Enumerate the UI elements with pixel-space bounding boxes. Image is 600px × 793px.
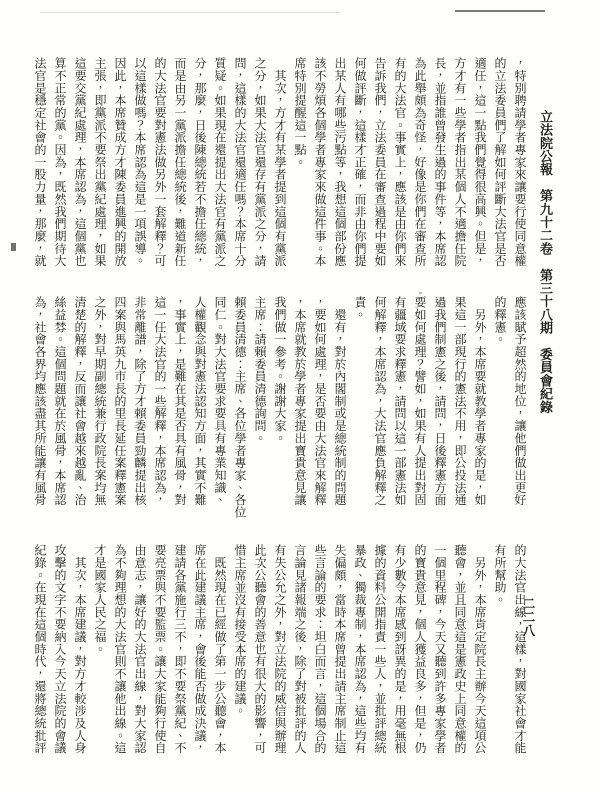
text-column: 告訴我們，立法委員在審查過程中要如 xyxy=(370,57,390,273)
text-column: 何做評斷，這樣才正確，而非由你們提 xyxy=(350,57,370,273)
running-header: 立法院公報 第九十二卷 第三十八期 委員會紀錄 xyxy=(535,110,554,402)
text-column: 的寶貴意見，個人獲益良多，但是，仍 xyxy=(410,544,430,760)
text-column: 問，這樣的大法官還適任嗎？本席十分 xyxy=(230,57,250,273)
text-column: 才是國家人民之福。 xyxy=(90,544,110,760)
text-column: 非常離譜，除了方才賴委員勁麟提出核 xyxy=(130,296,150,512)
text-column: 清楚的解釋，反而讓社會越來越亂、治 xyxy=(70,296,90,512)
text-column: 的大法官要對憲法做另外一套解釋？可 xyxy=(150,57,170,273)
text-column: 適任，這一點我們覺得很高興。但是， xyxy=(470,57,490,273)
text-column: 主席：請賴委員清德詢問。 xyxy=(250,296,270,512)
scan-artifact-line xyxy=(40,12,340,13)
text-column: 其次，方才有某學者提到這個有黨派 xyxy=(270,57,290,273)
text-column: 還有，對於內閣制或是總統制的問題 xyxy=(330,296,350,512)
scan-artifact-speck xyxy=(11,243,16,251)
text-column: 而是由另一黨派擔任總統後，難道新任 xyxy=(170,57,190,273)
text-column: 有少數令本席感到訝異的是，用毫無根 xyxy=(390,544,410,760)
text-column: 言論見諸報端之後，除了對被批評的人 xyxy=(290,544,310,760)
text-column: 這一任大法官的一些解釋，本席認為， xyxy=(150,296,170,512)
text-column: ，特別聘請學者專家來讓要行使同意權 xyxy=(510,57,530,273)
text-column: 的立法委員們了解如何評斷大法官是否 xyxy=(490,57,510,273)
text-column: 法官是穩定社會的一股力量，那麼，就 xyxy=(30,57,50,273)
text-column: 賴委員清德：主席、各位學者專家、各位 xyxy=(230,296,250,512)
text-column: 暴政、獨裁專制，本席認為，這些均有 xyxy=(350,544,370,760)
text-column: 應該賦予超然的地位，讓他們做出更好 xyxy=(510,296,530,512)
text-column: ，本席就教於學者專家提出寶貴意見讓 xyxy=(290,296,310,512)
text-column: 果這一部現行的憲法不用，即公投法通 xyxy=(450,296,470,512)
text-column: ，事實上，是難在其是否具有風骨，對 xyxy=(170,296,190,512)
scan-artifact-line xyxy=(455,10,545,12)
text-column: 同仁。對大法官要求要具有專業知識、 xyxy=(210,296,230,512)
text-column: ，要如何處理，是否要由大法官來解釋 xyxy=(310,296,330,512)
text-band-3: 的大法官出線，這樣，對國家社會才能有所幫助。 另外，本席肯定院長主辦今天這項公聽… xyxy=(28,544,530,766)
text-column: 人權觀念與對憲法認知方面，其實不難 xyxy=(190,296,210,512)
text-column: 既然現在已經做了第一步公聽會，本 xyxy=(210,544,230,760)
text-column: 為，社會各界均應該盡其所能讓有風骨 xyxy=(30,296,50,512)
text-column: 建請各黨施行三不，即不要祭黨紀、不 xyxy=(170,544,190,760)
text-column: 絲益棼。這個問題就在於風骨，本席認 xyxy=(50,296,70,512)
text-column: 此次公聽會的善意也有很大的影響，可 xyxy=(250,544,270,760)
text-column: 因此，本席贊成方才陳委員進興的開放 xyxy=(110,57,130,273)
text-column: 其次，本席建議，對方才較涉及人身 xyxy=(70,544,90,760)
text-column: 由意志，讓好的大法官出線，對大家認 xyxy=(130,544,150,760)
text-column: 過我們制憲之後，請問，日後釋憲方面 xyxy=(430,296,450,512)
text-column: 責。 xyxy=(350,296,370,512)
text-band-2: 應該賦予超然的地位，讓他們做出更好的釋憲。 另外，本席要就教學者專家的是，如果這… xyxy=(28,296,530,518)
text-column: 之分，如果大法官還存有黨派之分，請 xyxy=(250,57,270,273)
text-column: 另外，本席肯定院長主辦今天這項公 xyxy=(470,544,490,760)
text-column: 有疆域要求釋憲，請問以這一部憲法如 xyxy=(390,296,410,512)
text-column: 主張，即黨派不要祭出黨紀處理，如果 xyxy=(90,57,110,273)
text-band-1: ，特別聘請學者專家來讓要行使同意權的立法委員們了解如何評斷大法官是否適任，這一點… xyxy=(28,57,530,279)
text-column: 些言論的要求：坦白而言，這個場合的 xyxy=(310,544,330,760)
text-column: 惜主席並沒有接受本席的建議。 xyxy=(230,544,250,760)
text-column: 有的大法官。事實上，應該是由你們來 xyxy=(390,57,410,273)
text-column: 席特別提醒這一點。 xyxy=(290,57,310,273)
text-column: 我們做一參考。謝謝大家。 xyxy=(270,296,290,512)
text-column: 要亮票與不要監票。讓大家能夠行使自 xyxy=(150,544,170,760)
text-column: 的釋憲。 xyxy=(490,296,510,512)
text-column: 另外，本席要就教學者專家的是，如 xyxy=(470,296,490,512)
text-column: 四案與馬英九市長的里長延任案釋憲案 xyxy=(110,296,130,512)
text-column: 失偏頗，當時本席曾提出請主席制止這 xyxy=(330,544,350,760)
scan-artifact-speck xyxy=(419,292,422,294)
text-column: 的大法官出線，這樣，對國家社會才能 xyxy=(510,544,530,760)
text-column: 何解釋，本席認為，大法官應負解釋之 xyxy=(370,296,390,512)
text-column: 之外，對早期副總統兼行政院長案均無 xyxy=(90,296,110,512)
text-column: 要如何處理？譬如，如果有人提出對固 xyxy=(410,296,430,512)
text-column: 有失公允之外，對立法院的威信與辦理 xyxy=(270,544,290,760)
text-column: 一個里程碑，今天又聽到許多專家學者 xyxy=(430,544,450,760)
text-column: 算不正常的黨。因為，既然我們期待大 xyxy=(50,57,70,273)
text-column: 紀錄。在現在這個時代，還將總統批評 xyxy=(30,544,50,760)
text-column: 席在此建議主席，會後能否做成決議， xyxy=(190,544,210,760)
text-column: 該不勞煩各個學者專家來做這件事。本 xyxy=(310,57,330,273)
text-column: 這要交黨紀處理，本席認為，這個黨也 xyxy=(70,57,90,273)
text-column: 出某人有哪些污點等，我想這個部份應 xyxy=(330,57,350,273)
gazette-page: 立法院公報 第九十二卷 第三十八期 委員會紀錄 二二八 ，特別聘請學者專家來讓要… xyxy=(0,0,600,793)
text-column: 聽會，並且同意這是憲政史上同意權的 xyxy=(450,544,470,760)
text-column: 為此舉頗為奇怪，好像是你們在審查所 xyxy=(410,57,430,273)
text-column: 長，並指誰曾發生過的事件等，本席認 xyxy=(430,57,450,273)
text-column: 分，那麼，日後陳總統若不擔任總統， xyxy=(190,57,210,273)
text-column: 以這樣做嗎？本席認為這是一項誤導。 xyxy=(130,57,150,273)
text-column: 攻擊的文字不要納入今天立法院的會議 xyxy=(50,544,70,760)
text-column: 據的資料公開指責一些人，並批評總統 xyxy=(370,544,390,760)
text-column: 有所幫助。 xyxy=(490,544,510,760)
text-column: 方才有一些學者指出某個人不適擔任院 xyxy=(450,57,470,273)
text-column: 質疑。如果現在還提出大法官有黨派之 xyxy=(210,57,230,273)
text-column: 為不夠理想的大法官則不讓他出線。這 xyxy=(110,544,130,760)
